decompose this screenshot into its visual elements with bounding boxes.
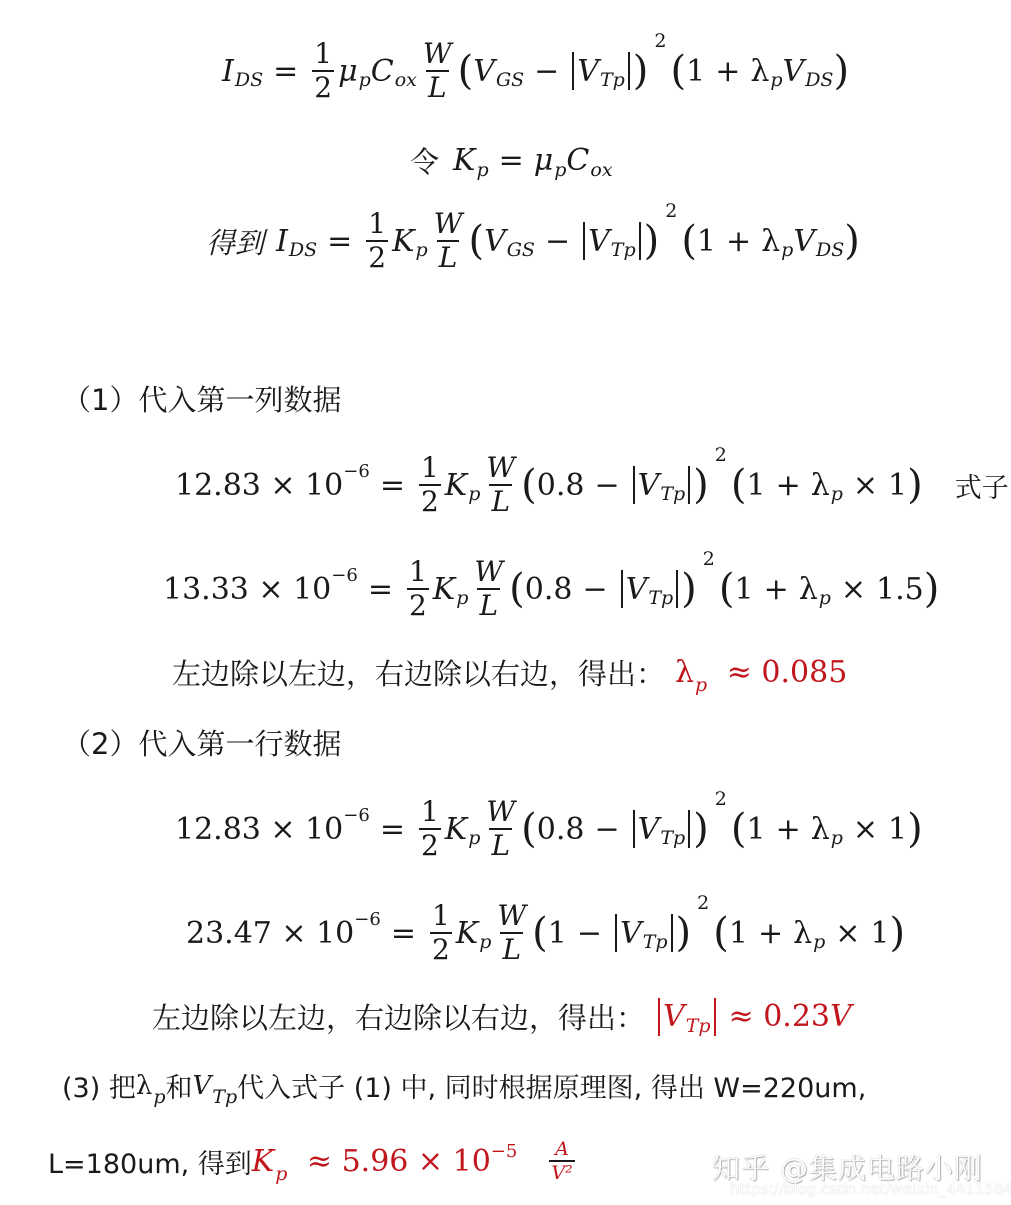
abs-bar [621, 570, 623, 608]
symbol-i: I [222, 54, 234, 89]
unit-fraction: A V² [549, 1138, 574, 1184]
paren-close: ) [844, 221, 860, 261]
paren-open: ( [521, 809, 537, 849]
symbol-mu: μ [338, 54, 358, 89]
abs-bar [639, 222, 641, 260]
abs-bar [633, 810, 635, 848]
fraction-w-over-l: WL [484, 796, 517, 862]
conjunction: 和 [165, 1066, 192, 1105]
numerator: 1 [366, 208, 388, 240]
plus-sign: + [764, 572, 789, 607]
symbol-v: V [484, 224, 506, 259]
subscript: ox [395, 69, 417, 91]
denominator: L [489, 828, 512, 862]
subscript: p [831, 483, 843, 505]
exponent: 2 [715, 444, 727, 466]
subscript: Tp [600, 69, 625, 91]
step1-conclusion: 左边除以左边，右边除以右边，得出： λp ≈ 0.085 [172, 652, 847, 693]
plus-sign: + [776, 468, 801, 503]
symbol-lambda: λ [811, 468, 830, 503]
subscript: p [831, 827, 843, 849]
number: 1 [746, 468, 765, 503]
symbol-v: V [783, 54, 805, 89]
subscript: p [479, 931, 491, 953]
result-value: ≈ 5.96 × 10 [307, 1144, 491, 1179]
step3-line-1: (3) 把 λp 和 VTp 代入式子 (1) 中, 同时根据原理图, 得出 W… [62, 1066, 866, 1105]
exponent: 2 [703, 548, 715, 570]
subscript: p [781, 239, 793, 261]
vds-value: 1 [870, 916, 889, 951]
symbol-c: C [566, 143, 589, 178]
plus-sign: + [715, 54, 740, 89]
subscript: p [468, 827, 480, 849]
equation-tag: 式子（1） [955, 466, 1011, 505]
abs-bar [628, 52, 630, 90]
lhs-value: 23.47 × 10 [186, 916, 354, 951]
step2-conclusion: 左边除以左边，右边除以右边，得出： VTp ≈ 0.23V [152, 996, 852, 1037]
fraction-w-over-l: WL [472, 556, 505, 622]
subscript: DS [816, 239, 844, 261]
vgs-value: 0.8 [537, 468, 585, 503]
formula-result: 得到 IDS = 12 Kp WL ( VGS − VTp )2 ( 1 + λ… [206, 208, 860, 274]
symbol-v: V [577, 54, 599, 89]
vgs-value: 1 [548, 916, 567, 951]
paren-close: ) [693, 809, 709, 849]
lambda-symbol: λp [136, 1071, 166, 1101]
numerator: 1 [419, 452, 441, 484]
equals-sign: = [391, 916, 416, 951]
step1-equation-1: 12.83 × 10−6 = 12 Kp WL (0.8 − VTp )2 (1… [175, 452, 1011, 518]
abs-bar [714, 998, 716, 1036]
symbol-lambda: λ [761, 224, 780, 259]
paren-open: ( [458, 51, 474, 91]
subscript: Tp [643, 931, 668, 953]
denominator: 2 [366, 240, 388, 274]
vtp-symbol: VTp [192, 1071, 237, 1101]
symbol-lambda: λ [675, 655, 694, 690]
symbol-lambda: λ [799, 572, 818, 607]
equals-sign: = [499, 143, 524, 178]
times-sign: × [841, 572, 866, 607]
exponent: 2 [654, 30, 666, 52]
step2-heading: （2）代入第一行数据 [62, 722, 341, 763]
step3-line2-text: L=180um, 得到 [48, 1142, 252, 1181]
symbol-lambda: λ [793, 916, 812, 951]
numerator: W [432, 208, 465, 240]
paren-close: ) [644, 221, 660, 261]
step3-text: 代入式子 (1) 中, 同时根据原理图, 得出 W=220um, [237, 1066, 866, 1105]
watermark-url: https://blog.csdn.net/weixin_44115643 [730, 1180, 1011, 1198]
numerator: 1 [419, 796, 441, 828]
paren-close: ) [907, 809, 923, 849]
step2-equation-2: 23.47 × 10−6 = 12 Kp WL (1 − VTp )2 (1 +… [186, 900, 905, 966]
subscript: DS [289, 239, 317, 261]
numerator: 1 [430, 900, 452, 932]
subscript: DS [235, 69, 263, 91]
subscript: p [770, 69, 782, 91]
vds-value: 1 [888, 812, 907, 847]
result-unit: V [830, 999, 852, 1034]
result-value: ≈ 0.23 [729, 999, 830, 1034]
number: 1 [729, 916, 748, 951]
symbol-i: I [276, 224, 288, 259]
formula-general: IDS = 12 μp Cox WL ( VGS − VTp )2 ( 1 + … [222, 38, 849, 104]
paren-open: ( [521, 465, 537, 505]
fraction-w-over-l: WL [484, 452, 517, 518]
exponent: −6 [343, 805, 370, 826]
exponent: −6 [354, 909, 381, 930]
subscript: Tp [660, 827, 685, 849]
times-sign: × [835, 916, 860, 951]
symbol-v: V [793, 224, 815, 259]
plus-sign: + [758, 916, 783, 951]
minus-sign: − [577, 916, 602, 951]
number: 1 [697, 224, 716, 259]
subscript: Tp [648, 587, 673, 609]
fraction-w-over-l: WL [495, 900, 528, 966]
label-obtain: 得到 [206, 221, 264, 262]
numerator: W [495, 900, 528, 932]
paren-close: ) [833, 51, 849, 91]
denominator: L [426, 70, 449, 104]
exponent: −5 [491, 1141, 518, 1162]
subscript: p [813, 931, 825, 953]
paren-open: ( [468, 221, 484, 261]
symbol-v: V [663, 999, 685, 1034]
subscript: p [275, 1163, 287, 1185]
times-sign: × [853, 468, 878, 503]
fraction-w-over-l: WL [432, 208, 465, 274]
number: 1 [734, 572, 753, 607]
paren-close: ) [633, 51, 649, 91]
abs-bar [688, 810, 690, 848]
equals-sign: = [273, 54, 298, 89]
subscript: p [468, 483, 480, 505]
fraction-half: 12 [419, 452, 441, 518]
symbol-v: V [638, 812, 660, 847]
symbol-k: K [445, 812, 467, 847]
exponent: 2 [697, 892, 709, 914]
subscript: Tp [212, 1086, 237, 1108]
conclusion-text: 左边除以左边，右边除以右边，得出： [152, 996, 645, 1037]
denominator: 2 [312, 70, 334, 104]
denominator: 2 [430, 932, 452, 966]
exponent: 2 [665, 200, 677, 222]
numerator: W [421, 38, 454, 70]
paren-open: ( [731, 465, 747, 505]
vtp-result: VTp ≈ 0.23V [655, 998, 852, 1036]
paren-open: ( [731, 809, 747, 849]
subscript: p [416, 239, 428, 261]
symbol-v: V [626, 572, 648, 607]
number: 1 [686, 54, 705, 89]
numerator: W [472, 556, 505, 588]
paren-open: ( [671, 51, 687, 91]
fraction-half: 12 [312, 38, 334, 104]
symbol-k: K [433, 572, 455, 607]
subscript: GS [496, 69, 524, 91]
step1-heading: （1）代入第一列数据 [62, 378, 341, 419]
symbol-v: V [620, 916, 642, 951]
denominator: L [489, 484, 512, 518]
plus-sign: + [776, 812, 801, 847]
minus-sign: − [595, 812, 620, 847]
paren-open: ( [509, 569, 525, 609]
paren-open: ( [681, 221, 697, 261]
definition-kp: 令 Kp = μp Cox [410, 140, 613, 181]
denominator: 2 [419, 484, 441, 518]
paren-close: ) [907, 465, 923, 505]
subscript: Tp [686, 1015, 711, 1037]
paren-close: ) [890, 913, 906, 953]
denominator: 2 [407, 588, 429, 622]
denominator: V² [549, 1160, 574, 1184]
paren-open: ( [719, 569, 735, 609]
equals-sign: = [327, 224, 352, 259]
paren-close: ) [924, 569, 940, 609]
paren-close: ) [676, 913, 692, 953]
vds-value: 1 [888, 468, 907, 503]
subscript: ox [590, 159, 612, 181]
number: 1 [746, 812, 765, 847]
symbol-k: K [392, 224, 414, 259]
subscript: p [153, 1086, 165, 1108]
symbol-v: V [192, 1071, 211, 1101]
subscript: GS [507, 239, 535, 261]
plus-sign: + [726, 224, 751, 259]
abs-bar [658, 998, 660, 1036]
fraction-half: 12 [366, 208, 388, 274]
subscript: p [476, 159, 488, 181]
minus-sign: − [545, 224, 570, 259]
kp-result: Kp ≈ 5.96 × 10−5 [252, 1144, 518, 1179]
paren-open: ( [713, 913, 729, 953]
lhs-value: 12.83 × 10 [175, 468, 343, 503]
symbol-lambda: λ [750, 54, 769, 89]
equals-sign: = [368, 572, 393, 607]
fraction-w-over-l: WL [421, 38, 454, 104]
symbol-k: K [453, 143, 475, 178]
vgs-value: 0.8 [537, 812, 585, 847]
abs-bar [583, 222, 585, 260]
times-sign: × [853, 812, 878, 847]
result-value: ≈ 0.085 [727, 655, 848, 690]
paren-close: ) [681, 569, 697, 609]
symbol-v: V [588, 224, 610, 259]
numerator: W [484, 796, 517, 828]
symbol-lambda: λ [136, 1071, 152, 1101]
denominator: L [477, 588, 500, 622]
lambda-result: λp ≈ 0.085 [675, 655, 847, 690]
numerator: W [484, 452, 517, 484]
subscript: Tp [611, 239, 636, 261]
subscript: p [695, 674, 707, 696]
subscript: Tp [660, 483, 685, 505]
denominator: 2 [419, 828, 441, 862]
fraction-half: 12 [430, 900, 452, 966]
symbol-v: V [638, 468, 660, 503]
abs-bar [671, 914, 673, 952]
subscript: p [359, 69, 371, 91]
lhs-value: 13.33 × 10 [163, 572, 331, 607]
minus-sign: − [583, 572, 608, 607]
label-let: 令 [410, 140, 439, 181]
exponent: 2 [715, 788, 727, 810]
numerator: A [553, 1138, 571, 1160]
subscript: p [456, 587, 468, 609]
step3-prefix: (3) 把 [62, 1066, 136, 1105]
fraction-half: 12 [407, 556, 429, 622]
minus-sign: − [595, 468, 620, 503]
abs-bar [676, 570, 678, 608]
conclusion-text: 左边除以左边，右边除以右边，得出： [172, 652, 665, 693]
vds-value: 1.5 [876, 572, 924, 607]
paren-open: ( [532, 913, 548, 953]
symbol-c: C [371, 54, 394, 89]
subscript: DS [805, 69, 833, 91]
symbol-k: K [456, 916, 478, 951]
symbol-mu: μ [534, 143, 554, 178]
denominator: L [437, 240, 460, 274]
step2-equation-1: 12.83 × 10−6 = 12 Kp WL (0.8 − VTp )2 (1… [175, 796, 923, 862]
subscript: p [554, 159, 566, 181]
symbol-k: K [445, 468, 467, 503]
abs-bar [572, 52, 574, 90]
step3-line-2: L=180um, 得到 Kp ≈ 5.96 × 10−5 A V² [48, 1138, 579, 1184]
minus-sign: − [534, 54, 559, 89]
lhs-value: 12.83 × 10 [175, 812, 343, 847]
denominator: L [500, 932, 523, 966]
symbol-v: V [473, 54, 495, 89]
abs-bar [615, 914, 617, 952]
subscript: p [819, 587, 831, 609]
vgs-value: 0.8 [525, 572, 573, 607]
equals-sign: = [380, 812, 405, 847]
numerator: 1 [312, 38, 334, 70]
symbol-lambda: λ [811, 812, 830, 847]
paren-close: ) [693, 465, 709, 505]
numerator: 1 [407, 556, 429, 588]
equals-sign: = [380, 468, 405, 503]
fraction-half: 12 [419, 796, 441, 862]
exponent: −6 [343, 461, 370, 482]
abs-bar [688, 466, 690, 504]
symbol-k: K [252, 1144, 274, 1179]
step1-equation-2: 13.33 × 10−6 = 12 Kp WL (0.8 − VTp )2 (1… [163, 556, 939, 622]
abs-bar [633, 466, 635, 504]
exponent: −6 [331, 565, 358, 586]
